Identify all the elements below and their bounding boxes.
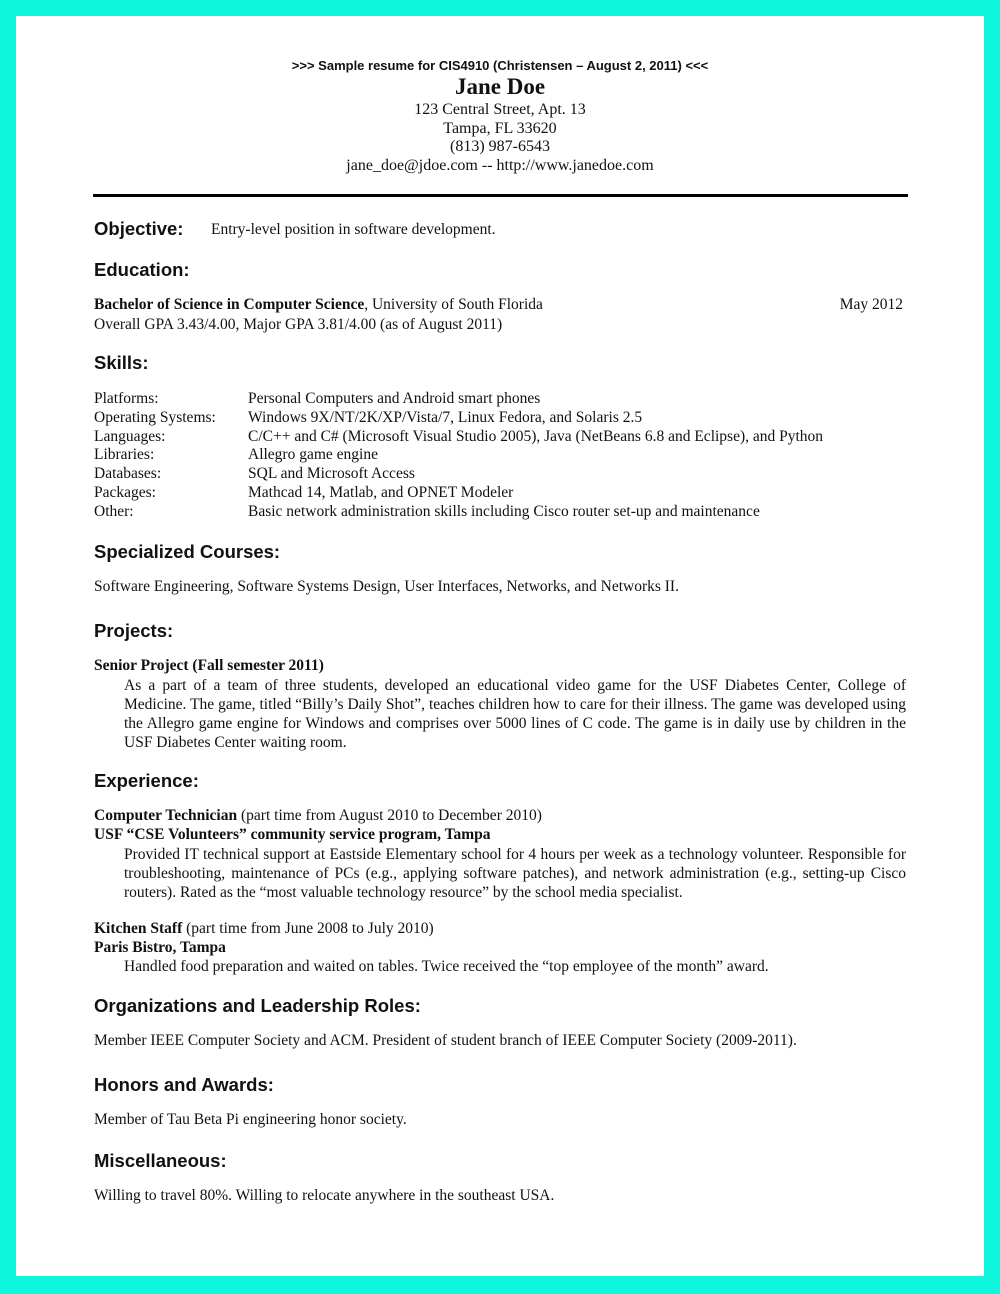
skill-label: Databases: bbox=[94, 465, 161, 483]
job-title: Computer Technician bbox=[94, 807, 237, 824]
organizations-text: Member IEEE Computer Society and ACM. Pr… bbox=[94, 1032, 797, 1050]
job-1-description: Provided IT technical support at Eastsid… bbox=[124, 845, 906, 902]
school: , University of South Florida bbox=[364, 296, 543, 313]
skill-value: Allegro game engine bbox=[248, 446, 378, 464]
job-2-employer: Paris Bistro, Tampa bbox=[94, 939, 226, 957]
objective-heading: Objective: bbox=[94, 218, 183, 240]
degree: Bachelor of Science in Computer Science bbox=[94, 296, 364, 313]
education-gpa: Overall GPA 3.43/4.00, Major GPA 3.81/4.… bbox=[94, 316, 502, 334]
skill-label: Operating Systems: bbox=[94, 409, 216, 427]
job-period: (part time from June 2008 to July 2010) bbox=[182, 920, 433, 937]
skill-label: Libraries: bbox=[94, 446, 154, 464]
misc-heading: Miscellaneous: bbox=[94, 1150, 227, 1172]
job-period: (part time from August 2010 to December … bbox=[237, 807, 542, 824]
objective-text: Entry-level position in software develop… bbox=[211, 221, 496, 239]
education-heading: Education: bbox=[94, 259, 190, 281]
skill-value: Mathcad 14, Matlab, and OPNET Modeler bbox=[248, 484, 513, 502]
address-line-1: 123 Central Street, Apt. 13 bbox=[0, 101, 1000, 119]
project-description: As a part of a team of three students, d… bbox=[124, 676, 906, 752]
projects-heading: Projects: bbox=[94, 620, 173, 642]
job-2-title-line: Kitchen Staff (part time from June 2008 … bbox=[94, 920, 434, 938]
skill-value: Personal Computers and Android smart pho… bbox=[248, 390, 540, 408]
skill-value: Basic network administration skills incl… bbox=[248, 503, 760, 521]
misc-text: Willing to travel 80%. Willing to reloca… bbox=[94, 1187, 554, 1205]
honors-heading: Honors and Awards: bbox=[94, 1074, 274, 1096]
skill-label: Platforms: bbox=[94, 390, 159, 408]
skill-label: Packages: bbox=[94, 484, 156, 502]
job-1-employer: USF “CSE Volunteers” community service p… bbox=[94, 826, 491, 844]
skill-label: Languages: bbox=[94, 428, 165, 446]
skill-label: Other: bbox=[94, 503, 134, 521]
candidate-name: Jane Doe bbox=[0, 74, 1000, 100]
skill-value: SQL and Microsoft Access bbox=[248, 465, 415, 483]
experience-heading: Experience: bbox=[94, 770, 199, 792]
organizations-heading: Organizations and Leadership Roles: bbox=[94, 995, 421, 1017]
courses-text: Software Engineering, Software Systems D… bbox=[94, 578, 679, 596]
education-degree-line: Bachelor of Science in Computer Science,… bbox=[94, 296, 543, 314]
job-2-description: Handled food preparation and waited on t… bbox=[124, 958, 769, 976]
skill-value: Windows 9X/NT/2K/XP/Vista/7, Linux Fedor… bbox=[248, 409, 642, 427]
address-line-2: Tampa, FL 33620 bbox=[0, 120, 1000, 138]
courses-heading: Specialized Courses: bbox=[94, 541, 280, 563]
sample-banner: >>> Sample resume for CIS4910 (Christens… bbox=[0, 58, 1000, 73]
honors-text: Member of Tau Beta Pi engineering honor … bbox=[94, 1111, 407, 1129]
project-title: Senior Project (Fall semester 2011) bbox=[94, 657, 324, 675]
job-title: Kitchen Staff bbox=[94, 920, 182, 937]
header-divider bbox=[93, 194, 908, 197]
skills-heading: Skills: bbox=[94, 352, 149, 374]
contact-line: jane_doe@jdoe.com -- http://www.janedoe.… bbox=[0, 157, 1000, 175]
phone: (813) 987-6543 bbox=[0, 138, 1000, 156]
job-1-title-line: Computer Technician (part time from Augu… bbox=[94, 807, 542, 825]
skill-value: C/C++ and C# (Microsoft Visual Studio 20… bbox=[248, 428, 823, 446]
education-date: May 2012 bbox=[840, 296, 903, 314]
